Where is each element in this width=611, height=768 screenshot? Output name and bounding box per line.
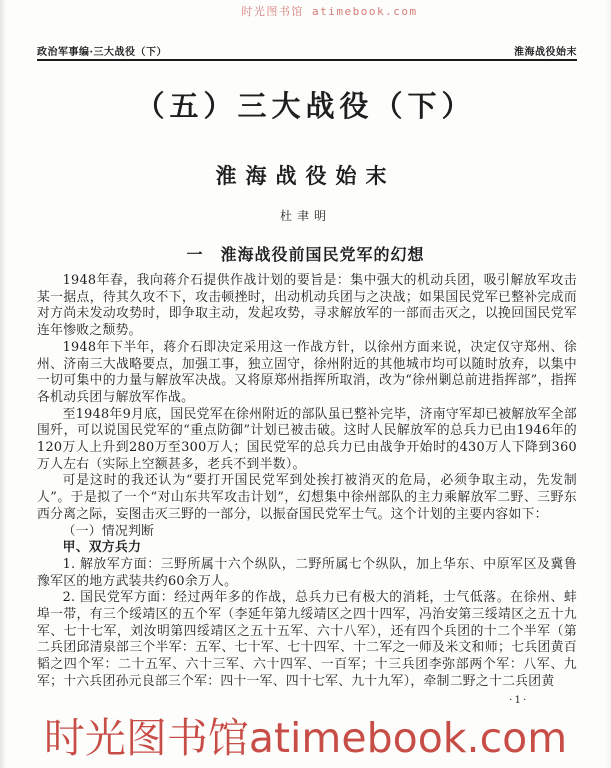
article-title: 淮海战役始末 [0,160,611,190]
paragraph: 1948年春，我向蒋介石提供作战计划的要旨是：集中强大的机动兵团，吸引解放军攻击… [37,273,577,340]
running-header: 政治军事编·三大战役（下） 淮海战役始末 [37,43,577,58]
body-text: 1948年春，我向蒋介石提供作战计划的要旨是：集中强大的机动兵团，吸引解放军攻击… [37,273,577,691]
paragraph: 甲、双方兵力 [37,540,577,557]
article-author: 杜聿明 [0,207,611,224]
watermark-bottom: 时光图书馆atimebook.com [0,705,611,764]
paragraph: 1948年下半年，蒋介石即决定采用这一作战方针，以徐州方面来说，决定仅守郑州、徐… [37,340,577,407]
section-heading: 一 淮海战役前国民党军的幻想 [0,242,611,265]
chapter-title: （五）三大战役（下） [0,84,611,125]
paragraph: 可是这时的我还认为“要打开国民党军到处挨打被消灭的危局，必须争取主动，先发制人”… [37,473,577,523]
paragraph: 至1948年9月底，国民党军在徐州附近的部队虽已整补完毕，济南守军却已被解放军全… [37,407,577,474]
paragraph: 2. 国民党军方面：经过两年多的作战，总兵力已有极大的消耗，士气低落。在徐州、蚌… [37,590,577,690]
paragraph: 1. 解放军方面：三野所属十六个纵队，二野所属七个纵队，加上华东、中原军区及冀鲁… [37,557,577,590]
header-right-running-title: 淮海战役始末 [514,43,577,58]
watermark-top: 时光图书馆 atimebook.com [0,3,611,19]
paragraph: （一）情况判断 [37,524,577,541]
header-left-running-title: 政治军事编·三大战役（下） [37,43,167,58]
header-rule [37,59,577,61]
book-page: 时光图书馆 atimebook.com 政治军事编·三大战役（下） 淮海战役始末… [0,0,611,768]
